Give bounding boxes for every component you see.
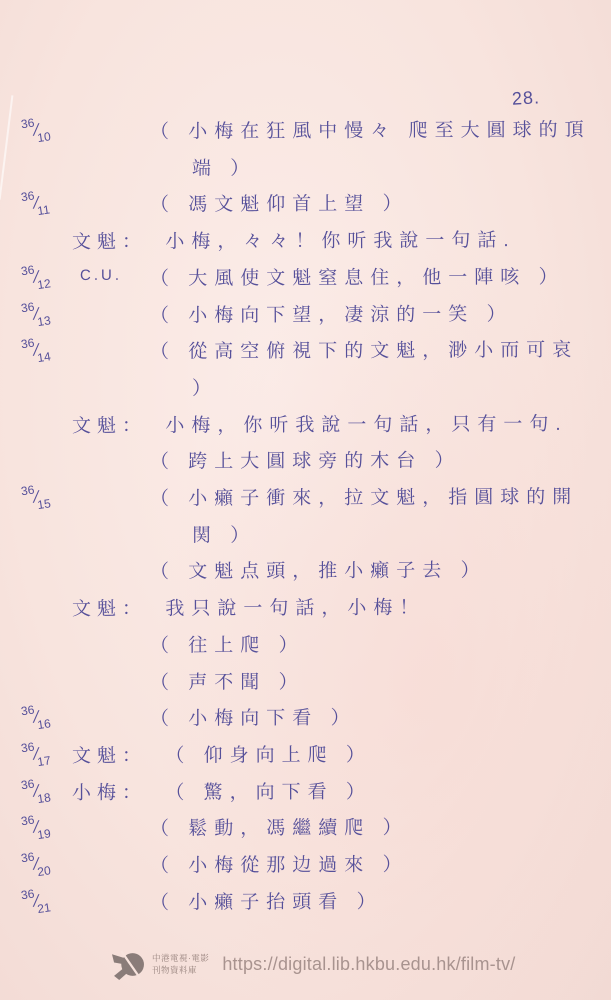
scene-number-top: 36 <box>20 262 35 278</box>
library-name: 中港電視·電影 刊物資料庫 <box>152 953 209 976</box>
scene-number: 36⁄10 <box>20 116 53 143</box>
scene-number-top: 36 <box>20 703 35 719</box>
script-text: 端 ） <box>192 158 256 179</box>
script-line: 36⁄20 （ 小梅從那边過來 ） <box>0 849 611 886</box>
scene-number-top: 36 <box>20 813 35 829</box>
scene-number-top: 36 <box>20 886 35 902</box>
script-text: （ 小梅從那边過來 ） <box>150 855 409 877</box>
library-name-line1: 中港電視·電影 <box>152 953 209 964</box>
scene-number-top: 36 <box>20 776 35 792</box>
script-line: 文魁： 小梅，你听我說一句話，只有一句. <box>0 408 611 445</box>
script-line: 36⁄17 文魁： （ 仰身向上爬 ） <box>0 739 611 776</box>
scene-number-top: 36 <box>20 739 35 755</box>
script-text: （ 小梅在狂風中慢々 爬至大圓球的頂 <box>150 120 591 143</box>
speaker-label: 文魁： <box>72 599 147 620</box>
script-text: （ 跨上大圓球旁的木台 ） <box>150 451 461 473</box>
scene-number: 36⁄18 <box>20 777 53 804</box>
speaker-label: 小梅： <box>72 782 147 803</box>
script-text: （ 文魁点頭，推小癩子去 ） <box>150 561 487 583</box>
script-line: 36⁄21 （ 小癩子抬頭看 ） <box>0 885 611 922</box>
speaker-label: 文魁： <box>72 232 147 253</box>
script-body: 36⁄10 （ 小梅在狂風中慢々 爬至大圓球的頂 端 ） 36⁄11 （ 馮文魁… <box>0 0 611 1000</box>
scene-number: 36⁄16 <box>20 703 53 730</box>
scanned-script-page: 28. 36⁄10 （ 小梅在狂風中慢々 爬至大圓球的頂 端 ） 36⁄11 （… <box>0 0 611 1000</box>
scene-number-bottom: 13 <box>36 313 51 329</box>
script-line: 文魁： 小梅，々々！你听我說一句話. <box>0 225 611 262</box>
script-line: 関 ） <box>0 518 611 555</box>
scene-number-bottom: 21 <box>36 900 51 916</box>
script-text: （ 小梅向下看 ） <box>150 708 357 730</box>
scene-number-bottom: 10 <box>36 129 51 145</box>
script-text: （ 鬆動，馮繼續爬 ） <box>150 818 409 840</box>
library-watermark: 中港電視·電影 刊物資料庫 https://digital.lib.hkbu.e… <box>112 948 515 981</box>
script-text: （ 声不聞 ） <box>150 672 305 694</box>
scene-number-bottom: 14 <box>36 349 51 365</box>
script-text: （ 從高空俯視下的文魁，渺小而可哀 <box>150 340 578 363</box>
scene-number-bottom: 18 <box>36 790 51 806</box>
scene-number-bottom: 11 <box>36 203 50 219</box>
scene-number: 36⁄20 <box>20 850 53 877</box>
script-text: （ 馮文魁仰首上望 ） <box>150 194 409 216</box>
script-line: （ 声不聞 ） <box>0 665 611 702</box>
scene-number: 36⁄17 <box>20 740 53 767</box>
script-text: （ 仰身向上爬 ） <box>165 745 372 767</box>
scene-number: 36⁄19 <box>20 813 53 840</box>
scene-number: 36⁄13 <box>20 300 53 327</box>
scene-number: 36⁄15 <box>20 483 53 510</box>
scene-number: 36⁄21 <box>20 887 53 914</box>
script-text: （ 大風使文魁窒息住，他一陣咳 ） <box>150 267 565 290</box>
script-line: 36⁄15 （ 小癩子衝來，拉文魁，指圓球的開 <box>0 482 611 519</box>
script-text: 小梅，々々！你听我說一句話. <box>165 230 515 253</box>
scene-number-top: 36 <box>20 336 35 352</box>
script-line: （ 往上爬 ） <box>0 628 611 665</box>
script-line: 36⁄16 （ 小梅向下看 ） <box>0 702 611 739</box>
scene-number-top: 36 <box>20 483 35 499</box>
script-text: （ 驚，向下看 ） <box>165 781 372 803</box>
scene-number-bottom: 17 <box>36 753 51 769</box>
scene-number: 36⁄11 <box>20 190 52 217</box>
script-text: ） <box>192 378 218 399</box>
script-line: 36⁄11 （ 馮文魁仰首上望 ） <box>0 188 611 225</box>
scene-number-top: 36 <box>20 189 35 205</box>
scene-number-bottom: 20 <box>36 863 51 879</box>
script-text: 我只說一句話，小梅！ <box>165 598 425 620</box>
script-line: 36⁄19 （ 鬆動，馮繼續爬 ） <box>0 812 611 849</box>
script-line: 36⁄10 （ 小梅在狂風中慢々 爬至大圓球的頂 <box>0 115 611 152</box>
script-line: 文魁： 我只說一句話，小梅！ <box>0 592 611 629</box>
scene-number-bottom: 12 <box>36 276 51 292</box>
scene-number: 36⁄14 <box>20 336 53 363</box>
script-text: （ 小癩子衝來，拉文魁，指圓球的開 <box>150 487 578 510</box>
script-line: （ 文魁点頭，推小癩子去 ） <box>0 555 611 592</box>
script-text: （ 小梅向下望，凄涼的一笑 ） <box>150 304 513 327</box>
script-line: 36⁄13 （ 小梅向下望，凄涼的一笑 ） <box>0 298 611 335</box>
script-text: （ 往上爬 ） <box>150 635 305 657</box>
speaker-label: 文魁： <box>72 746 147 767</box>
script-line: 36⁄18 小梅： （ 驚，向下看 ） <box>0 775 611 812</box>
script-line: 端 ） <box>0 151 611 188</box>
scene-number-bottom: 19 <box>36 827 51 843</box>
scene-number-bottom: 16 <box>36 716 51 732</box>
library-logo-icon <box>112 948 145 981</box>
script-text: 小梅，你听我說一句話，只有一句. <box>165 413 567 436</box>
script-line: ） <box>0 372 611 409</box>
script-text: 関 ） <box>192 525 256 546</box>
script-line: 36⁄14 （ 從高空俯視下的文魁，渺小而可哀 <box>0 335 611 372</box>
script-text: （ 小癩子抬頭看 ） <box>150 891 383 913</box>
script-line: （ 跨上大圓球旁的木台 ） <box>0 445 611 482</box>
library-name-line2: 刊物資料庫 <box>152 965 209 976</box>
scene-number-top: 36 <box>20 116 35 132</box>
script-line: 36⁄12 C.U. （ 大風使文魁窒息住，他一陣咳 ） <box>0 261 611 298</box>
watermark-url: https://digital.lib.hkbu.edu.hk/film-tv/ <box>222 954 515 975</box>
shot-label: C.U. <box>80 267 122 284</box>
scene-number: 36⁄12 <box>20 263 53 290</box>
scene-number-bottom: 15 <box>36 496 51 512</box>
scene-number-top: 36 <box>20 850 35 866</box>
speaker-label: 文魁： <box>72 415 147 436</box>
